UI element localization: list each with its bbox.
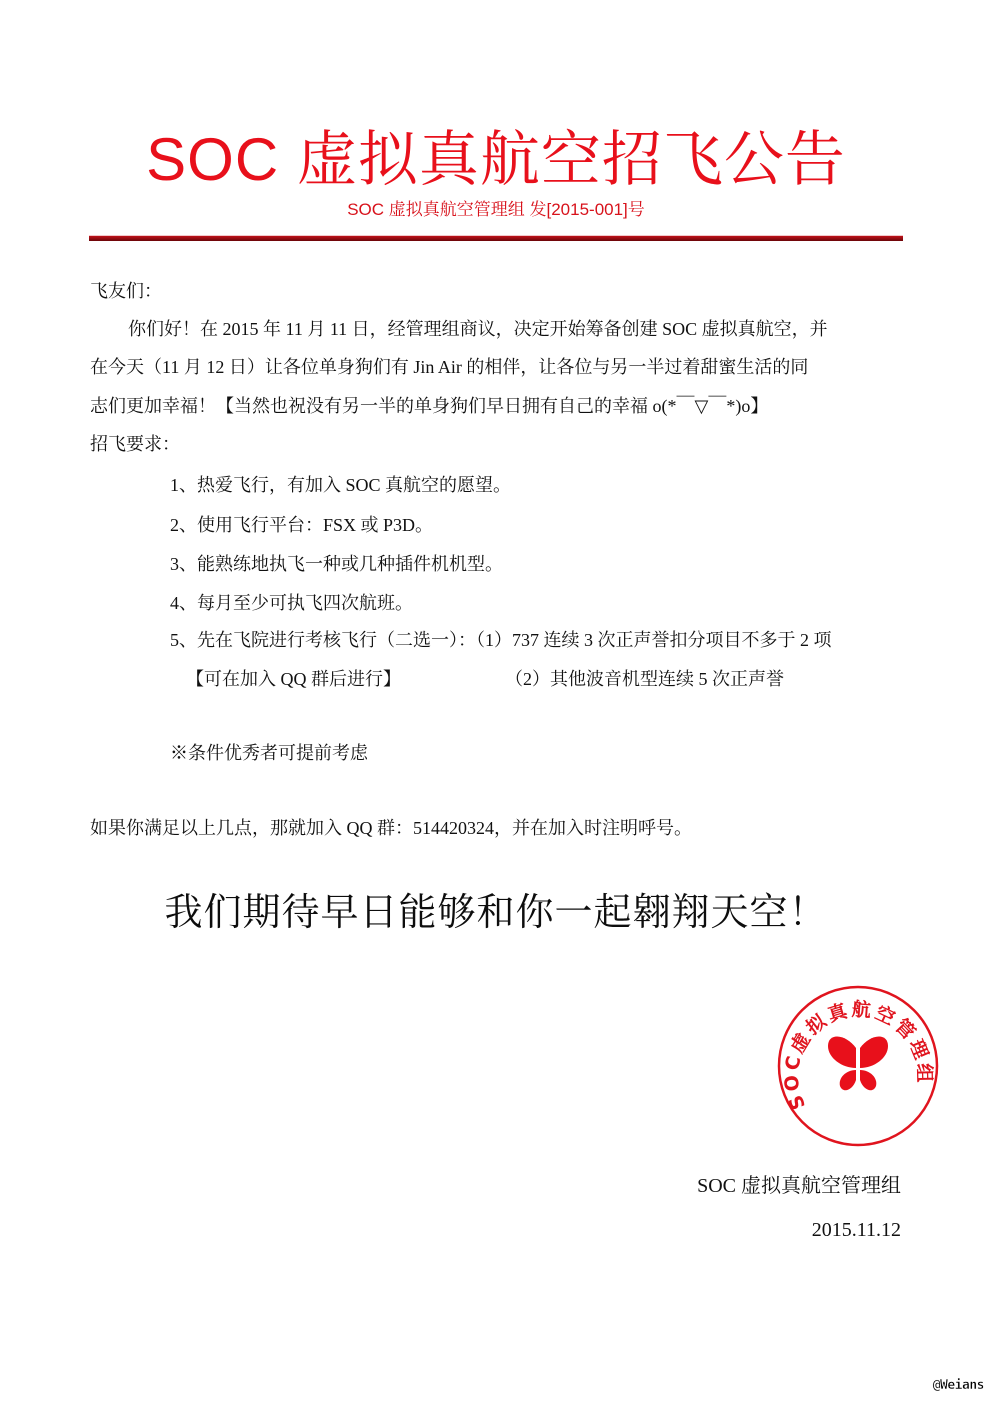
butterfly-icon <box>828 1036 888 1090</box>
requirements-heading: 招飞要求： <box>90 431 180 457</box>
official-seal: SOC虚拟真航空管理组 <box>776 984 940 1148</box>
requirement-item-3: 3、能熟练地执飞一种或几种插件机机型。 <box>170 551 503 577</box>
contact-line: 如果你满足以上几点，那就加入 QQ 群：514420324，并在加入时注明呼号。 <box>90 815 692 841</box>
watermark: @Weians <box>933 1378 984 1393</box>
intro-line-1: 你们好！在 2015 年 11 月 11 日，经管理组商议，决定开始筹备创建 S… <box>128 316 828 342</box>
document-number: SOC 虚拟真航空管理组 发[2015-001]号 <box>0 198 992 222</box>
requirement-item-4: 4、每月至少可执飞四次航班。 <box>170 590 413 616</box>
priority-note: ※条件优秀者可提前考虑 <box>170 740 368 766</box>
closing-slogan: 我们期待早日能够和你一起翱翔天空！ <box>0 888 992 938</box>
header-divider <box>89 236 903 241</box>
intro-line-2: 在今天（11 月 12 日）让各位单身狗们有 Jin Air 的相伴，让各位与另… <box>90 354 808 380</box>
seal-ring: SOC虚拟真航空管理组 <box>776 984 940 1148</box>
requirement-item-2: 2、使用飞行平台：FSX 或 P3D。 <box>170 512 433 538</box>
signature-org: SOC 虚拟真航空管理组 <box>697 1172 901 1200</box>
requirement-5-note: 【可在加入 QQ 群后进行】 <box>186 666 401 692</box>
signature-date: 2015.11.12 <box>812 1216 901 1244</box>
intro-line-3: 志们更加幸福！【当然也祝没有另一半的单身狗们早日拥有自己的幸福 o(*￣▽￣*)… <box>90 393 768 419</box>
greeting: 飞友们： <box>90 278 162 304</box>
requirement-item-1: 1、热爱飞行，有加入 SOC 真航空的愿望。 <box>170 472 511 498</box>
requirement-item-5: 5、先在飞院进行考核飞行（二选一）：（1）737 连续 3 次正声誉扣分项目不多… <box>170 627 832 653</box>
seal-text: SOC虚拟真航空管理组 <box>780 997 935 1112</box>
svg-text:SOC虚拟真航空管理组: SOC虚拟真航空管理组 <box>780 997 935 1112</box>
requirement-5-option-2: （2）其他波音机型连续 5 次正声誉 <box>505 666 784 692</box>
page-title: SOC 虚拟真航空招飞公告 <box>0 122 992 198</box>
